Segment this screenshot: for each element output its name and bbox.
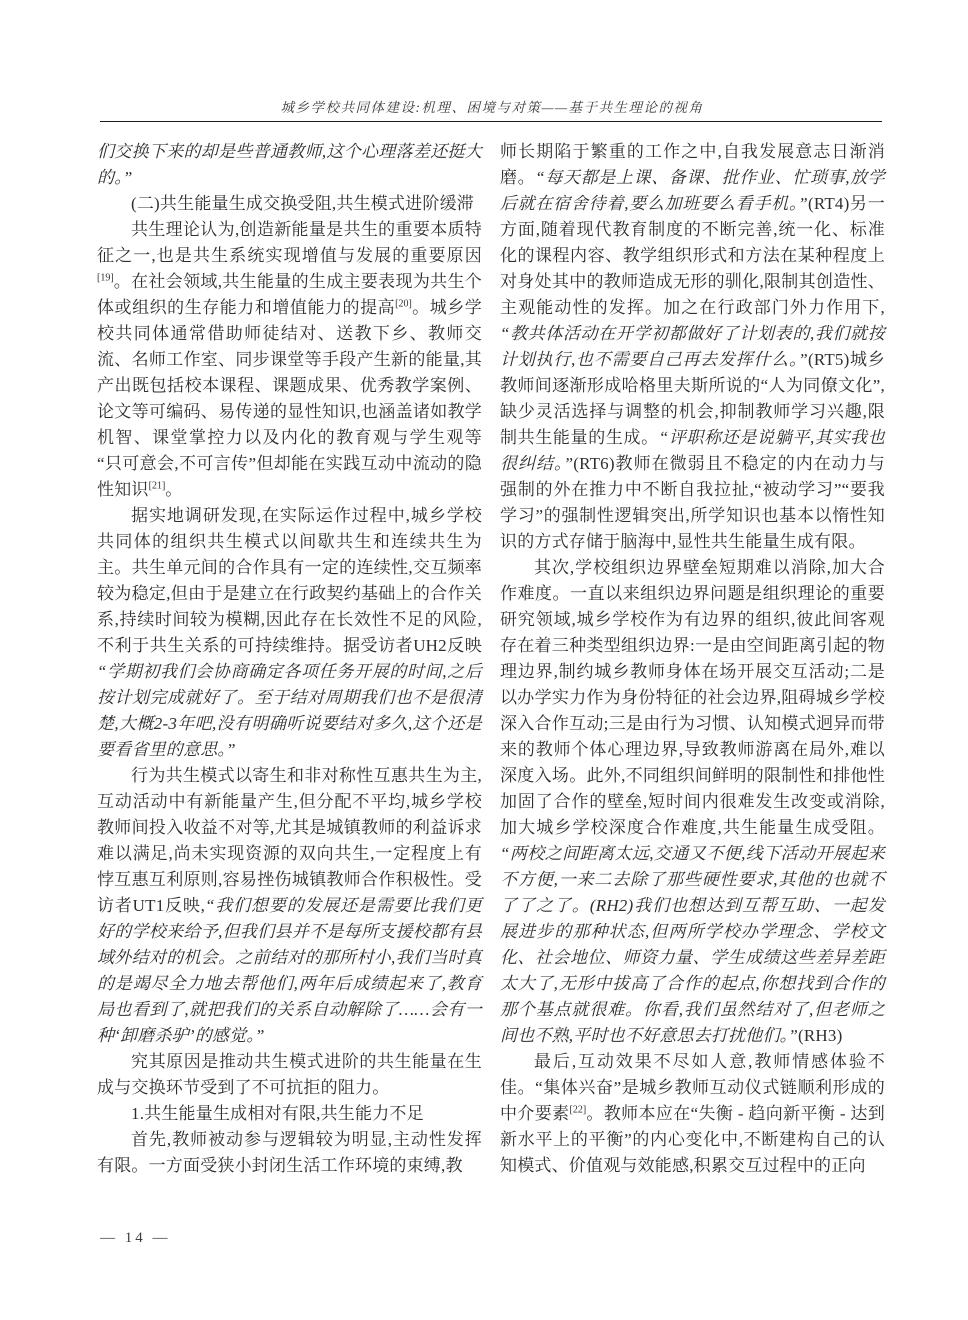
paper-page: 城乡学校共同体建设:机理、困境与对策——基于共生理论的视角 们交换下来的却是些普…: [0, 0, 968, 1320]
interview-quote-text: 们交换下来的却是些普通教师,这个心理落差还挺大的。”: [97, 142, 482, 187]
reference-marker: [19]: [97, 272, 114, 283]
body-text: (RH3): [798, 1026, 842, 1045]
header-rule: [100, 121, 882, 122]
paragraph: 1.共生能量生成相对有限,共生能力不足: [97, 1101, 482, 1127]
running-header-title: 城乡学校共同体建设:机理、困境与对策——基于共生理论的视角: [100, 96, 884, 116]
paragraph: 最后,互动效果不尽如人意,教师情感体验不佳。“集体兴奋”是城乡教师互动仪式链顺利…: [500, 1049, 885, 1179]
interview-quote-text: “学期初我们会协商确定各项任务开展的时间,之后按计划完成就好了。至于结对周期我们…: [97, 662, 482, 759]
body-text: 据实地调研发现,在实际运作过程中,城乡学校共同体的组织共生模式以间歇共生和连续共…: [97, 506, 482, 655]
body-text: 。: [165, 480, 182, 499]
interview-quote-text: “我们想要的发展还是需要比我们更好的学校来给予,但我们县并不是每所支援校都有县域…: [97, 896, 482, 1045]
paragraph: 行为共生模式以寄生和非对称性互惠共生为主,互动活动中有新能量产生,但分配不平均,…: [97, 763, 482, 1049]
left-column: 们交换下来的却是些普通教师,这个心理落差还挺大的。”(二)共生能量生成交换受阻,…: [97, 139, 482, 1179]
body-text: 1.共生能量生成相对有限,共生能力不足: [131, 1104, 424, 1123]
text-columns: 们交换下来的却是些普通教师,这个心理落差还挺大的。”(二)共生能量生成交换受阻,…: [97, 139, 885, 1179]
reference-marker: [20]: [395, 298, 412, 309]
right-column: 师长期陷于繁重的工作之中,自我发展意志日渐消磨。“每天都是上课、备课、批作业、忙…: [500, 139, 885, 1179]
paragraph: 首先,教师被动参与逻辑较为明显,主动性发挥有限。一方面受狭小封闭生活工作环境的束…: [97, 1127, 482, 1179]
paragraph: 究其原因是推动共生模式进阶的共生能量在生成与交换环节受到了不可抗拒的阻力。: [97, 1049, 482, 1101]
body-text: 其次,学校组织边界壁垒短期难以消除,加大合作难度。一直以来组织边界问题是组织理论…: [500, 558, 885, 837]
paragraph: 们交换下来的却是些普通教师,这个心理落差还挺大的。”: [97, 139, 482, 191]
body-text: 共生理论认为,创造新能量是共生的重要本质特征之一,也是共生系统实现增值与发展的重…: [97, 220, 482, 265]
paragraph: 据实地调研发现,在实际运作过程中,城乡学校共同体的组织共生模式以间歇共生和连续共…: [97, 503, 482, 763]
body-text: (二)共生能量生成交换受阻,共生模式进阶缓滞: [131, 194, 474, 213]
body-text: 。城乡学校共同体通常借助师徒结对、送教下乡、教师交流、名师工作室、同步课堂等手段…: [97, 298, 482, 499]
paragraph: 共生理论认为,创造新能量是共生的重要本质特征之一,也是共生系统实现增值与发展的重…: [97, 217, 482, 503]
reference-marker: [22]: [570, 1104, 587, 1115]
reference-marker: [21]: [149, 480, 166, 491]
paragraph: (二)共生能量生成交换受阻,共生模式进阶缓滞: [97, 191, 482, 217]
body-text: 首先,教师被动参与逻辑较为明显,主动性发挥有限。一方面受狭小封闭生活工作环境的束…: [97, 1130, 482, 1175]
paragraph: 其次,学校组织边界壁垒短期难以消除,加大合作难度。一直以来组织边界问题是组织理论…: [500, 555, 885, 1049]
page-number: — 14 —: [100, 1230, 171, 1247]
body-text: 行为共生模式以寄生和非对称性互惠共生为主,互动活动中有新能量产生,但分配不平均,…: [97, 766, 482, 915]
paragraph: 师长期陷于繁重的工作之中,自我发展意志日渐消磨。“每天都是上课、备课、批作业、忙…: [500, 139, 885, 555]
body-text: 究其原因是推动共生模式进阶的共生能量在生成与交换环节受到了不可抗拒的阻力。: [97, 1052, 482, 1097]
interview-quote-text: “两校之间距离太远,交通又不便,线下活动开展起来不方便,一来二去除了那些硬性要求…: [500, 844, 885, 1045]
